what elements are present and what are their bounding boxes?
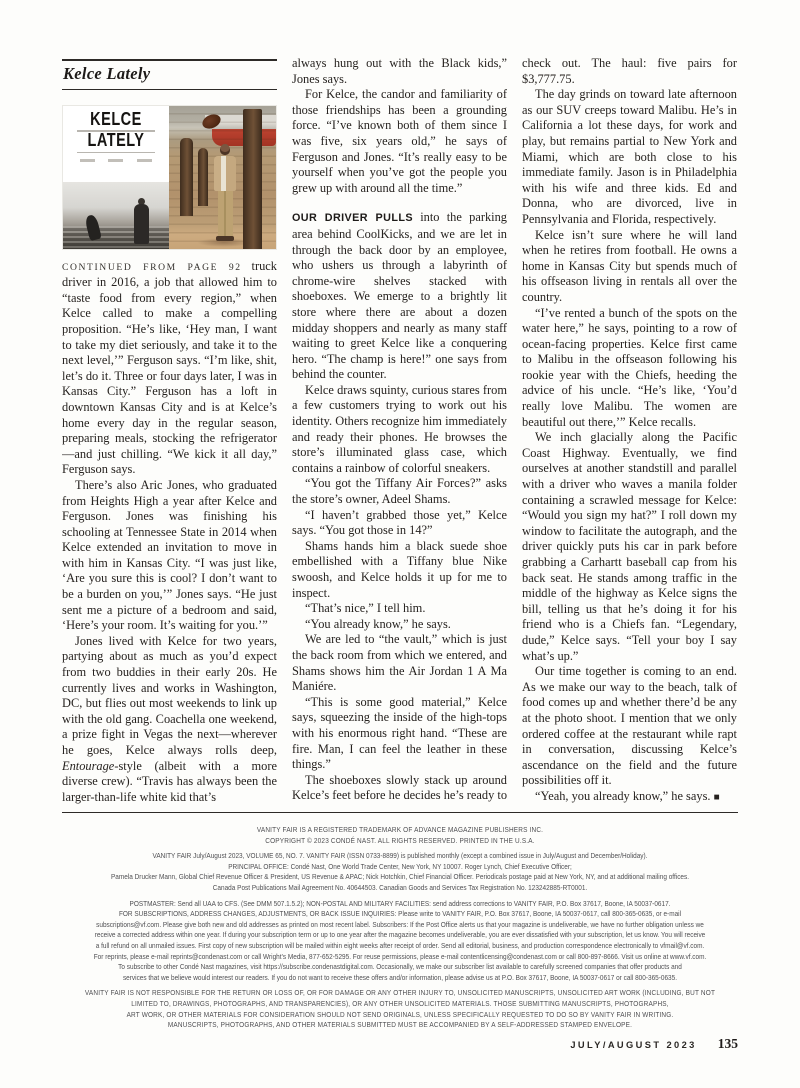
bw-dog-photo [63, 182, 169, 249]
section-lead-in: OUR DRIVER PULLS [292, 212, 413, 224]
legal-line: Pamela Drucker Mann, Global Chief Revenu… [56, 872, 744, 883]
paragraph: “This is some good material,” Kelce says… [292, 695, 507, 773]
legal-line: receive a corrected address within one y… [56, 930, 744, 941]
paragraph: Shams hands him a black suede shoe embel… [292, 539, 507, 601]
legal-line: services that we believe would interest … [56, 973, 744, 984]
boardwalk-planks [63, 226, 169, 249]
kelce-shoes [216, 236, 234, 241]
paragraph: check out. The haul: five pairs for $3,7… [522, 56, 737, 87]
paragraph: The day grinds on toward late afternoon … [522, 87, 737, 227]
magazine-page: Kelce Lately KELCE LATELY [0, 0, 800, 1088]
page-number: 135 [718, 1036, 738, 1052]
kelce-figure [212, 144, 238, 247]
cover-deck-line [77, 152, 155, 154]
legal-line: Canada Post Publications Mail Agreement … [56, 883, 744, 894]
legal-line: To subscribe to other Condé Nast magazin… [56, 962, 744, 973]
legal-publication-block: VANITY FAIR July/August 2023, VOLUME 65,… [0, 851, 800, 893]
legal-line: VANITY FAIR July/August 2023, VOLUME 65,… [56, 851, 744, 862]
paragraph: “I haven’t grabbed those yet,” Kelce say… [292, 508, 507, 539]
paragraph: OUR DRIVER PULLS into the parking area b… [292, 210, 507, 383]
cover-title-kelce: KELCE [63, 110, 169, 130]
issue-date: JULY/AUGUST 2023 [570, 1040, 696, 1050]
legal-postmaster-block: POSTMASTER: Send all UAA to CFS. (See DM… [0, 899, 800, 984]
continued-from-label: CONTINUED FROM PAGE 92 [62, 262, 242, 273]
wood-post [243, 109, 262, 249]
article-columns: Kelce Lately KELCE LATELY [62, 56, 738, 808]
paragraph: “Yeah, you already know,” he says. ■ [522, 789, 737, 806]
legal-line: VANITY FAIR IS A REGISTERED TRADEMARK OF… [56, 825, 744, 836]
paragraph: The shoeboxes slowly stack up around Kel… [292, 773, 507, 804]
cover-title-block: KELCE LATELY [63, 106, 169, 182]
magazine-cover-panel: KELCE LATELY [63, 106, 169, 249]
legal-submissions-block: VANITY FAIR IS NOT RESPONSIBLE FOR THE R… [0, 988, 800, 1030]
paragraph: “You already know,” he says. [292, 617, 507, 633]
paragraph: “You got the Tiffany Air Forces?” asks t… [292, 476, 507, 507]
paragraph: Our time together is coming to an end. A… [522, 664, 737, 789]
color-photo [169, 106, 276, 249]
article-column-3: check out. The haul: five pairs for $3,7… [522, 56, 737, 808]
paragraph-text: “Yeah, you already know,” he says. [535, 789, 714, 803]
paragraph-text: truck driver in 2016, a job that allowed… [62, 259, 277, 477]
wood-post [180, 138, 193, 216]
man-figure [134, 204, 149, 244]
legal-line: LIMITED TO, DRAWINGS, PHOTOGRAPHS, AND T… [56, 999, 744, 1010]
paragraph: Jones lived with Kelce for two years, pa… [62, 634, 277, 806]
inset-photo: KELCE LATELY [62, 105, 277, 250]
kelce-pants [218, 191, 233, 236]
legal-trademark-block: VANITY FAIR IS A REGISTERED TRADEMARK OF… [0, 825, 800, 846]
paragraph: For Kelce, the candor and familiarity of… [292, 87, 507, 196]
paragraph: CONTINUED FROM PAGE 92 truck driver in 2… [62, 259, 277, 478]
legal-line: MANUSCRIPTS, PHOTOGRAPHS, AND OTHER MATE… [56, 1020, 744, 1031]
page-footer: JULY/AUGUST 2023 135 [62, 1036, 738, 1052]
paragraph: always hung out with the Black kids,” Jo… [292, 56, 507, 87]
cover-bylines [63, 156, 169, 162]
kelce-head [220, 144, 230, 155]
paragraph: “I’ve rented a bunch of the spots on the… [522, 306, 737, 431]
paragraph: “That’s nice,” I tell him. [292, 601, 507, 617]
legal-line: FOR SUBSCRIPTIONS, ADDRESS CHANGES, ADJU… [56, 909, 744, 920]
paragraph: There’s also Aric Jones, who graduated f… [62, 478, 277, 634]
legal-boilerplate: VANITY FAIR IS A REGISTERED TRADEMARK OF… [0, 825, 800, 1036]
legal-line: a full refund on all unmailed issues. Fi… [56, 941, 744, 952]
paragraph: We inch glacially along the Pacific Coas… [522, 430, 737, 664]
article-column-1: Kelce Lately KELCE LATELY [62, 56, 277, 808]
legal-line: POSTMASTER: Send all UAA to CFS. (See DM… [56, 899, 744, 910]
legal-line: For reprints, please e-mail reprints@con… [56, 952, 744, 963]
wood-post [198, 148, 208, 206]
legal-line: VANITY FAIR IS NOT RESPONSIBLE FOR THE R… [56, 988, 744, 999]
legal-line: PRINCIPAL OFFICE: Condé Nast, One World … [56, 862, 744, 873]
legal-line: COPYRIGHT © 2023 CONDÉ NAST. ALL RIGHTS … [56, 836, 744, 847]
paragraph-text: Jones lived with Kelce for two years, pa… [62, 634, 277, 757]
legal-line: subscriptions@vf.com. Please give both n… [56, 920, 744, 931]
kelce-jacket [214, 156, 236, 191]
end-mark-icon: ■ [714, 792, 720, 803]
cover-title-lately: LATELY [63, 132, 169, 152]
section-title: Kelce Lately [63, 66, 276, 82]
section-kicker: Kelce Lately [62, 59, 277, 90]
article-column-2: always hung out with the Black kids,” Jo… [292, 56, 507, 808]
paragraph-text: into the parking area behind CoolKicks, … [292, 210, 507, 381]
paragraph: Kelce isn’t sure where he will land when… [522, 228, 737, 306]
paragraph: We are led to “the vault,” which is just… [292, 632, 507, 694]
legal-line: ART WORK, OR OTHER MATERIALS FOR CONSIDE… [56, 1010, 744, 1021]
footer-divider-rule [62, 812, 738, 813]
italic-title: Entourage [62, 759, 114, 773]
paragraph: Kelce draws squinty, curious stares from… [292, 383, 507, 477]
